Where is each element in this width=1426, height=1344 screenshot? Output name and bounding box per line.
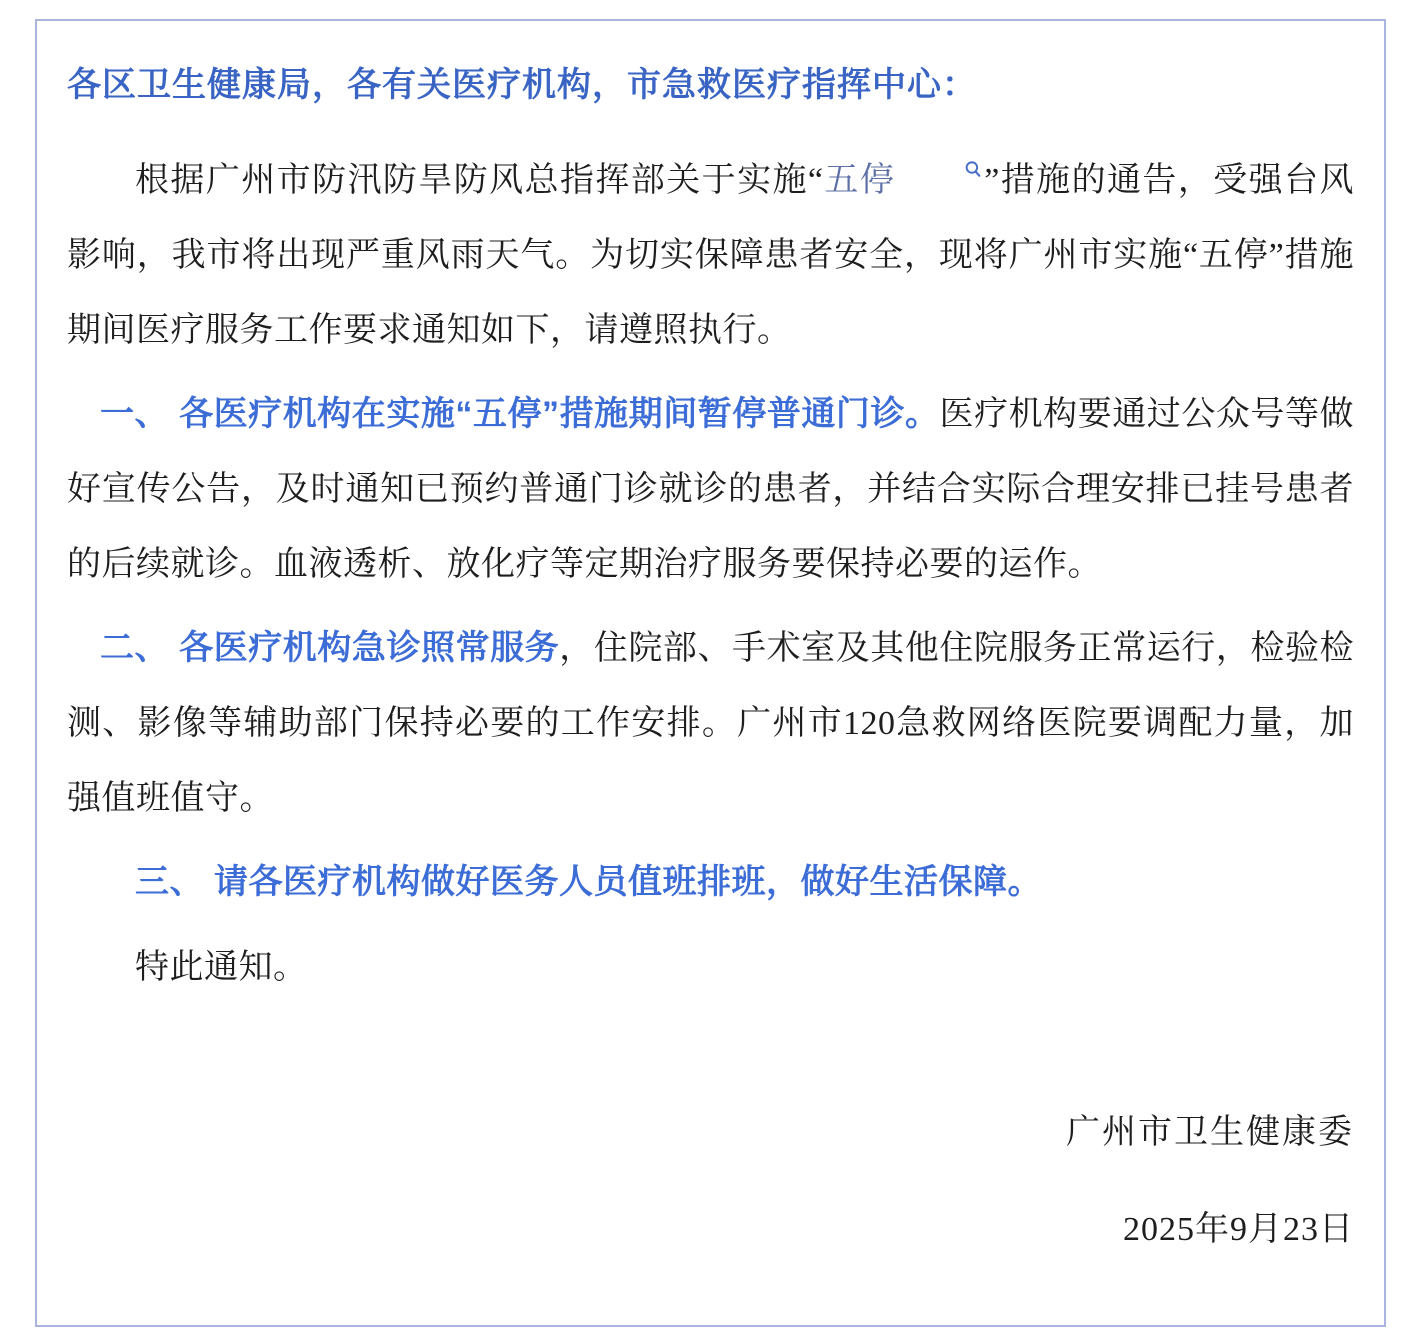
section-3-heading: 三、 请各医疗机构做好医务人员值班排班，做好生活保障。 [135, 863, 1042, 901]
notice-page: 各区卫生健康局，各有关医疗机构，市急救医疗指挥中心： 根据广州市防汛防旱防风总指… [0, 0, 1426, 1344]
search-icon[interactable] [896, 160, 982, 178]
salutation: 各区卫生健康局，各有关医疗机构，市急救医疗指挥中心： [67, 48, 1354, 123]
section-2-paragraph: 二、 各医疗机构急诊照常服务，住院部、手术室及其他住院服务正常运行，检验检测、影… [67, 611, 1354, 836]
intro-text-pre: 根据广州市防汛防旱防风总指挥部关于实施“ [135, 162, 824, 199]
section-2-heading: 二、 各医疗机构急诊照常服务 [100, 629, 559, 667]
closing-line: 特此通知。 [67, 930, 1354, 1005]
issuer-signature: 广州市卫生健康委 [67, 1095, 1354, 1170]
section-3-paragraph: 三、 请各医疗机构做好医务人员值班排班，做好生活保障。 [67, 845, 1354, 920]
section-1-paragraph: 一、 各医疗机构在实施“五停”措施期间暂停普通门诊。医疗机构要通过公众号等做好宣… [67, 377, 1354, 602]
wuting-link[interactable]: 五停 [824, 162, 896, 199]
intro-paragraph: 根据广州市防汛防旱防风总指挥部关于实施“五停”措施的通告，受强台风影响，我市将出… [67, 143, 1354, 368]
issue-date: 2025年9月23日 [67, 1192, 1354, 1267]
section-1-heading: 一、 各医疗机构在实施“五停”措施期间暂停普通门诊。 [100, 395, 940, 433]
notice-frame: 各区卫生健康局，各有关医疗机构，市急救医疗指挥中心： 根据广州市防汛防旱防风总指… [35, 19, 1386, 1327]
